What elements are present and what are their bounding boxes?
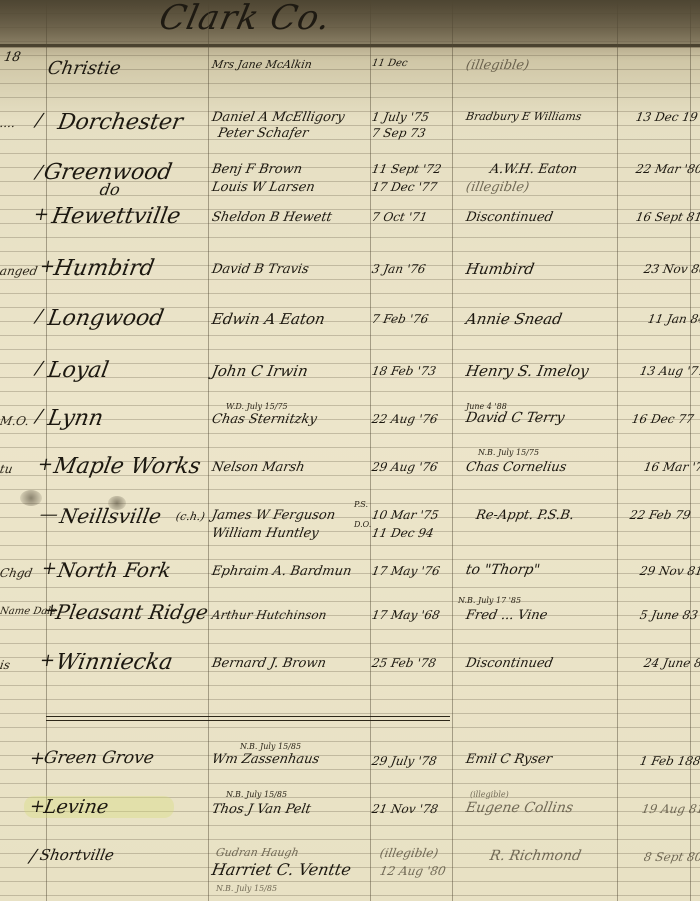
annotation-note: N.B. July 15/85 xyxy=(226,790,287,799)
appointment-date: 18 Feb '73 xyxy=(371,364,437,378)
end-date: 11 Jan 84 xyxy=(647,312,700,326)
successor: to "Thorp" xyxy=(465,562,542,578)
end-date: 16 Sept 81 xyxy=(635,210,700,224)
postmaster-name: Chas Sternitzky xyxy=(211,412,318,427)
ledger-row: — Neillsville (c.h.) P.S. James W Fergus… xyxy=(0,504,700,544)
ledger-row: + Green Grove N.B. July 15/85 Wm Zassenh… xyxy=(0,748,700,788)
end-date: 5 June 83 xyxy=(639,608,699,622)
appointment-date: 10 Mar '75 xyxy=(371,508,440,522)
appointment-date: 3 Jan '76 xyxy=(371,262,427,276)
successor: Re-Appt. P.S.B. xyxy=(475,508,576,523)
successor: Fred ... Vine xyxy=(465,608,549,623)
annotation-note: W.D. July 15/75 xyxy=(226,402,288,411)
successor-annotation: (illegible) xyxy=(470,790,509,799)
margin-note: is xyxy=(0,658,11,672)
ledger-row: is + Winniecka Bernard J. Brown 25 Feb '… xyxy=(0,650,700,690)
successor: Annie Snead xyxy=(464,310,563,328)
successor: Henry S. Imeloy xyxy=(464,362,590,380)
postmaster-name: John C Irwin xyxy=(210,362,309,380)
page-title: Clark Co. xyxy=(156,0,335,38)
ledger-row: anged + Humbird David B Travis 3 Jan '76… xyxy=(0,256,700,296)
successor: R. Richmond xyxy=(489,848,583,864)
appointment-date: 7 Oct '71 xyxy=(371,210,429,224)
section-divider xyxy=(46,716,450,721)
ledger-row: / Loyal John C Irwin 18 Feb '73 Henry S.… xyxy=(0,358,700,398)
end-date: 22 Mar '80 xyxy=(635,162,700,176)
end-date: 23 Nov 80 xyxy=(643,262,700,276)
appointment-date: 29 Aug '76 xyxy=(371,460,439,474)
status-mark: / xyxy=(28,846,38,867)
status-mark: + xyxy=(32,204,51,225)
appointment-date-2: 11 Dec 94 xyxy=(371,526,435,540)
postmaster-name: Gudran Haugh xyxy=(215,846,300,859)
successor: Bradbury E Williams xyxy=(465,110,583,123)
appointment-date: 1 July '75 xyxy=(371,110,430,124)
end-date: 24 June 81 xyxy=(643,656,700,670)
appointment-date: 7 Feb '76 xyxy=(371,312,430,326)
appointment-date: 21 Nov '78 xyxy=(371,802,439,816)
end-date: 16 Mar '78 xyxy=(643,460,700,474)
end-date: 19 Aug 81 xyxy=(641,802,700,816)
office-name-ditto: do xyxy=(98,180,121,199)
office-name: Dorchester xyxy=(56,110,185,135)
ledger-row: Name Dale + Pleasant Ridge Arthur Hutchi… xyxy=(0,600,700,640)
office-name: Green Grove xyxy=(42,748,155,768)
end-date: 22 Feb 79 xyxy=(629,508,692,522)
ledger-row: / Longwood Edwin A Eaton 7 Feb '76 Annie… xyxy=(0,306,700,346)
end-date: 1 Feb 1889 xyxy=(639,754,700,768)
postmaster-name: David B Travis xyxy=(211,262,310,277)
ledger-row: M.O. / Lynn W.D. July 15/75 Chas Sternit… xyxy=(0,406,700,446)
ledger-row: / Greenwood do Benj F Brown Louis W Lars… xyxy=(0,162,700,202)
header-band xyxy=(0,0,700,48)
postmaster-name-2: William Huntley xyxy=(211,526,320,541)
postmaster-name: Daniel A McElligory xyxy=(211,110,346,125)
postmaster-name-2: Louis W Larsen xyxy=(211,180,316,195)
end-date: 13 Aug '77 xyxy=(639,364,700,378)
appointment-date: (illegible) xyxy=(379,846,440,860)
appointment-date: 17 May '76 xyxy=(371,564,441,578)
successor-2: (illegible) xyxy=(465,180,531,195)
status-mark: / xyxy=(34,306,44,327)
ledger-row: + Hewettville Sheldon B Hewett 7 Oct '71… xyxy=(0,204,700,244)
office-name: Winniecka xyxy=(54,650,175,675)
appointment-date: 29 July '78 xyxy=(371,754,438,768)
successor: Humbird xyxy=(464,260,535,278)
successor: Discontinued xyxy=(465,210,555,225)
office-name: Longwood xyxy=(46,306,166,331)
ledger-row: / Shortville Gudran Haugh Harriet C. Ven… xyxy=(0,846,700,886)
ledger-page: Clark Co. 18 Christie Mrs Jane McAlkin 1… xyxy=(0,0,700,901)
postmaster-name: Sheldon B Hewett xyxy=(211,210,333,225)
margin-note: tu xyxy=(0,462,14,476)
annotation-note: N.B. July 15/85 xyxy=(240,742,301,751)
office-name: Christie xyxy=(46,58,122,79)
successor: Emil C Ryser xyxy=(465,752,553,767)
end-date: 13 Dec 19 xyxy=(635,110,699,124)
end-date: 29 Nov 81 xyxy=(639,564,700,578)
appointment-date: 25 Feb '78 xyxy=(371,656,437,670)
successor: Chas Cornelius xyxy=(465,460,568,475)
postmaster-name: James W Ferguson xyxy=(211,508,337,523)
postmaster-name: Bernard J. Brown xyxy=(211,656,327,671)
office-name: Lynn xyxy=(46,406,105,431)
margin-note: M.O. xyxy=(0,414,30,428)
office-name: Maple Works xyxy=(52,454,203,479)
successor-annotation: N.B. July 15/75 xyxy=(478,448,539,457)
ledger-row: Chgd + North Fork Ephraim A. Bardmun 17 … xyxy=(0,558,700,598)
postmaster-name: Benj F Brown xyxy=(211,162,304,177)
successor: (illegible) xyxy=(465,58,531,73)
postmaster-name: Wm Zassenhaus xyxy=(211,752,321,767)
appointment-date-2: 12 Aug '80 xyxy=(379,864,447,878)
postmaster-name: Nelson Marsh xyxy=(211,460,306,475)
ledger-row: tu + Maple Works Nelson Marsh 29 Aug '76… xyxy=(0,454,700,494)
ledger-row: + Levine N.B. July 15/85 Thos J Van Pelt… xyxy=(0,796,700,836)
end-date: 16 Dec 77 xyxy=(631,412,695,426)
office-name: Hewettville xyxy=(50,204,183,229)
status-mark: — xyxy=(38,504,60,525)
status-mark: / xyxy=(34,406,44,427)
margin-note: anged xyxy=(0,264,39,278)
successor: Eugene Collins xyxy=(465,800,575,816)
annotation-note: P.S. xyxy=(354,500,368,509)
postmaster-name: Ephraim A. Bardmun xyxy=(211,564,353,579)
ledger-row: .... / Dorchester Daniel A McElligory Pe… xyxy=(0,110,700,150)
header-rule xyxy=(0,44,700,47)
margin-note: Chgd xyxy=(0,566,34,580)
end-date: 8 Sept 80 xyxy=(643,850,700,864)
office-name: Neillsville xyxy=(58,504,163,528)
appointment-date: 11 Dec xyxy=(371,58,408,69)
status-mark: / xyxy=(34,358,44,379)
status-mark: / xyxy=(34,110,44,131)
ledger-row: Christie Mrs Jane McAlkin 11 Dec (illegi… xyxy=(0,58,700,98)
office-name: Shortville xyxy=(38,846,115,864)
successor-annotation: N.B. July 17 '85 xyxy=(458,596,521,605)
office-suffix: (c.h.) xyxy=(175,510,206,523)
margin-note: .... xyxy=(0,116,16,130)
appointment-date: 22 Aug '76 xyxy=(371,412,439,426)
appointment-date-2: 17 Dec '77 xyxy=(371,180,438,194)
office-name: Humbird xyxy=(52,256,156,281)
office-name: Loyal xyxy=(46,358,111,383)
annotation-note: N.B. July 15/85 xyxy=(216,884,277,893)
postmaster-name: Arthur Hutchinson xyxy=(211,608,328,622)
successor: A.W.H. Eaton xyxy=(489,162,579,177)
annotation-note-2: D.O. xyxy=(354,520,371,529)
office-name: North Fork xyxy=(56,558,173,582)
appointment-date: 11 Sept '72 xyxy=(371,162,443,176)
postmaster-name: Mrs Jane McAlkin xyxy=(211,58,313,71)
office-name: Pleasant Ridge xyxy=(54,600,210,624)
appointment-date-2: 7 Sep 73 xyxy=(371,126,427,140)
postmaster-name: Thos J Van Pelt xyxy=(211,802,312,817)
postmaster-name: Edwin A Eaton xyxy=(210,310,326,328)
postmaster-name-2: Harriet C. Ventte xyxy=(210,860,352,879)
successor: David C Terry xyxy=(465,410,566,426)
postmaster-name-2: Peter Schafer xyxy=(217,126,310,141)
appointment-date: 17 May '68 xyxy=(371,608,441,622)
office-name: Levine xyxy=(42,796,110,818)
successor: Discontinued xyxy=(465,656,555,671)
